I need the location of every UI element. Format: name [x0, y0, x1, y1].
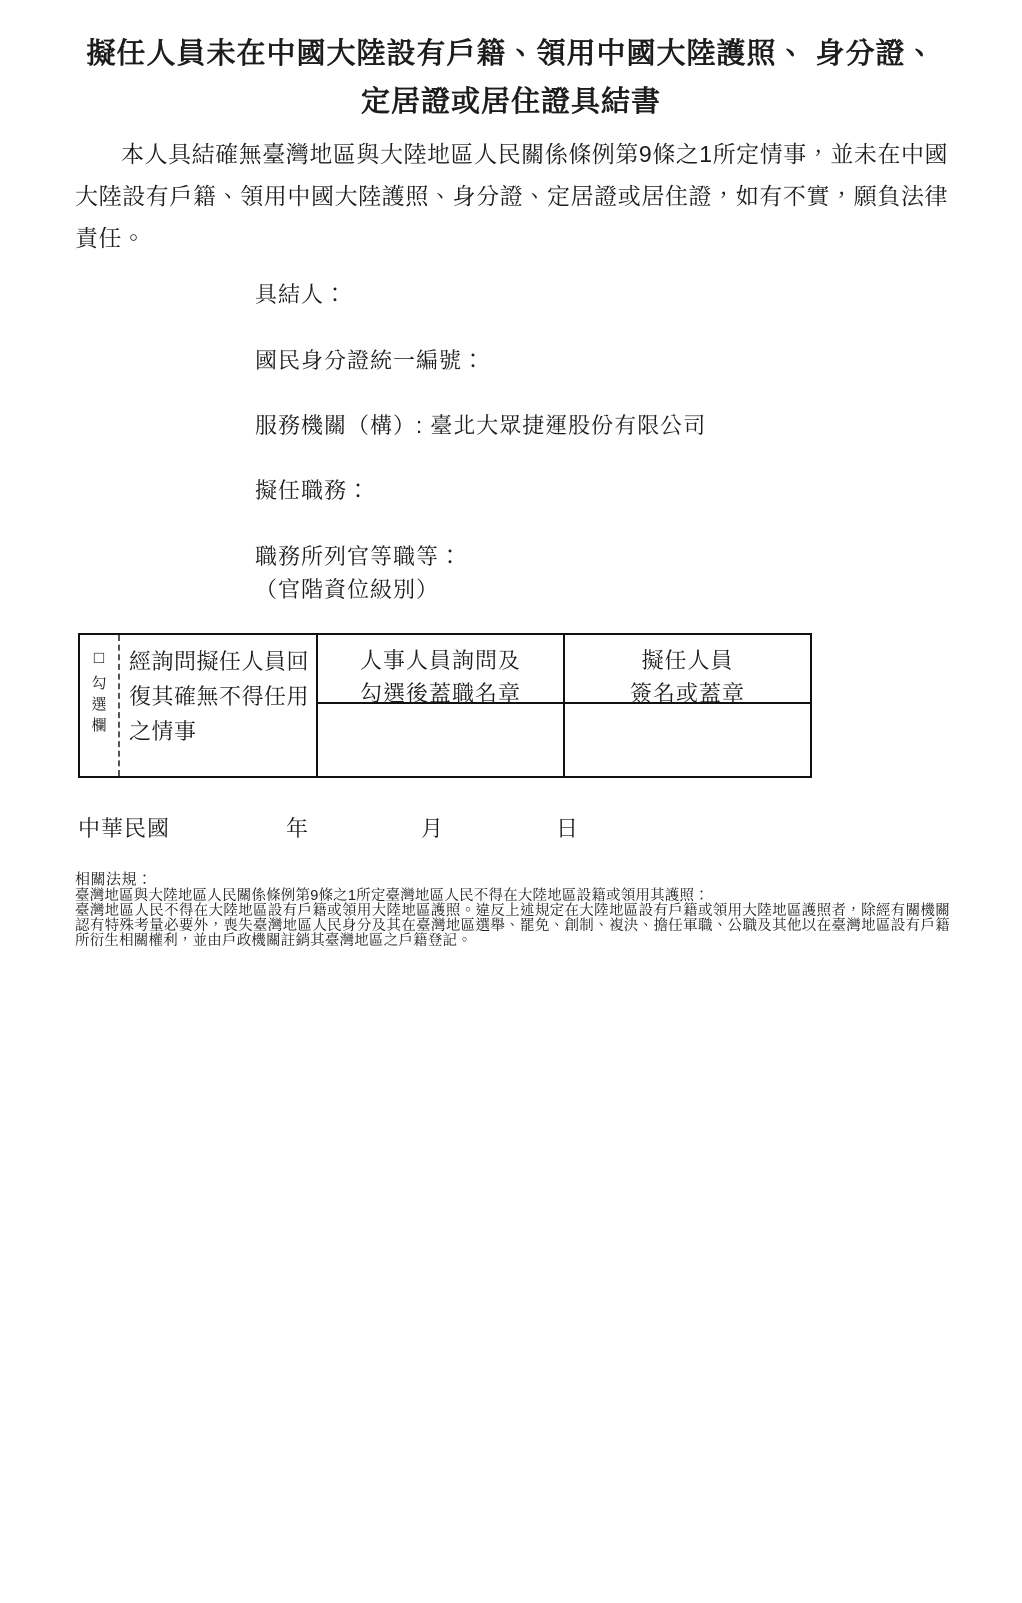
signature-table: □ 勾選欄 經詢問擬任人員回復其確無不得任用之情事 人事人員詢問及 勾選後蓋職名… [78, 633, 812, 778]
table-cell-personnel-stamp-empty [318, 704, 565, 776]
document-title: 擬任人員未在中國大陸設有戶籍、領用中國大陸護照、 身分證、 定居證或居住證具結書 [0, 30, 1022, 126]
rank-label: 職務所列官等職等： [255, 544, 462, 569]
agency-value: 臺北大眾捷運股份有限公司 [430, 413, 706, 438]
field-declarant: 具結人： [255, 278, 347, 309]
table-cell-statement: □ 勾選欄 經詢問擬任人員回復其確無不得任用之情事 [80, 635, 318, 776]
legal-heading: 相關法規： [75, 871, 950, 888]
date-month-label: 月 [421, 812, 444, 843]
personnel-header-line1: 人事人員詢問及 [318, 644, 563, 677]
check-column-label: 勾選欄 [91, 673, 108, 736]
field-proposed-position: 擬任職務： [255, 474, 370, 505]
legal-paragraph-1: 臺灣地區與大陸地區人民關係條例第9條之1所定臺灣地區人民不得在大陸地區設籍或領用… [75, 889, 950, 904]
date-year-label: 年 [286, 812, 309, 843]
document-page: 擬任人員未在中國大陸設有戶籍、領用中國大陸護照、 身分證、 定居證或居住證具結書… [0, 0, 1022, 1603]
field-rank-note: （官階資位級別） [255, 573, 439, 604]
declaration-paragraph: 本人具結確無臺灣地區與大陸地區人民關係條例第9條之1所定情事，並未在中國大陸設有… [75, 133, 948, 259]
field-id-number: 國民身分證統一編號： [255, 344, 485, 375]
table-cell-appointee-signature-empty [565, 704, 810, 776]
declarant-label: 具結人： [255, 282, 347, 307]
rank-note: （官階資位級別） [255, 577, 439, 602]
appointee-header-line1: 擬任人員 [565, 644, 810, 677]
legal-paragraph-2: 臺灣地區人民不得在大陸地區設有戶籍或領用大陸地區護照。違反上述規定在大陸地區設有… [75, 904, 950, 949]
table-header-appointee: 擬任人員 簽名或蓋章 [565, 635, 810, 704]
date-era-label: 中華民國 [78, 812, 170, 843]
date-day-label: 日 [556, 812, 579, 843]
agency-label: 服務機關（構）: [255, 413, 430, 438]
document-title-line2: 定居證或居住證具結書 [0, 78, 1022, 126]
id-number-label: 國民身分證統一編號： [255, 348, 485, 373]
check-column: □ 勾選欄 [80, 635, 120, 776]
statement-text: 經詢問擬任人員回復其確無不得任用之情事 [120, 635, 316, 776]
table-header-personnel: 人事人員詢問及 勾選後蓋職名章 [318, 635, 565, 704]
checkbox-icon: □ [94, 649, 104, 667]
field-rank-grade: 職務所列官等職等： [255, 540, 462, 571]
field-agency: 服務機關（構）: 臺北大眾捷運股份有限公司 [255, 409, 706, 440]
document-title-line1: 擬任人員未在中國大陸設有戶籍、領用中國大陸護照、 身分證、 [0, 30, 1022, 78]
legal-references: 相關法規： 臺灣地區與大陸地區人民關係條例第9條之1所定臺灣地區人民不得在大陸地… [75, 871, 950, 949]
date-line: 中華民國 年 月 日 [78, 812, 638, 842]
position-label: 擬任職務： [255, 478, 370, 503]
